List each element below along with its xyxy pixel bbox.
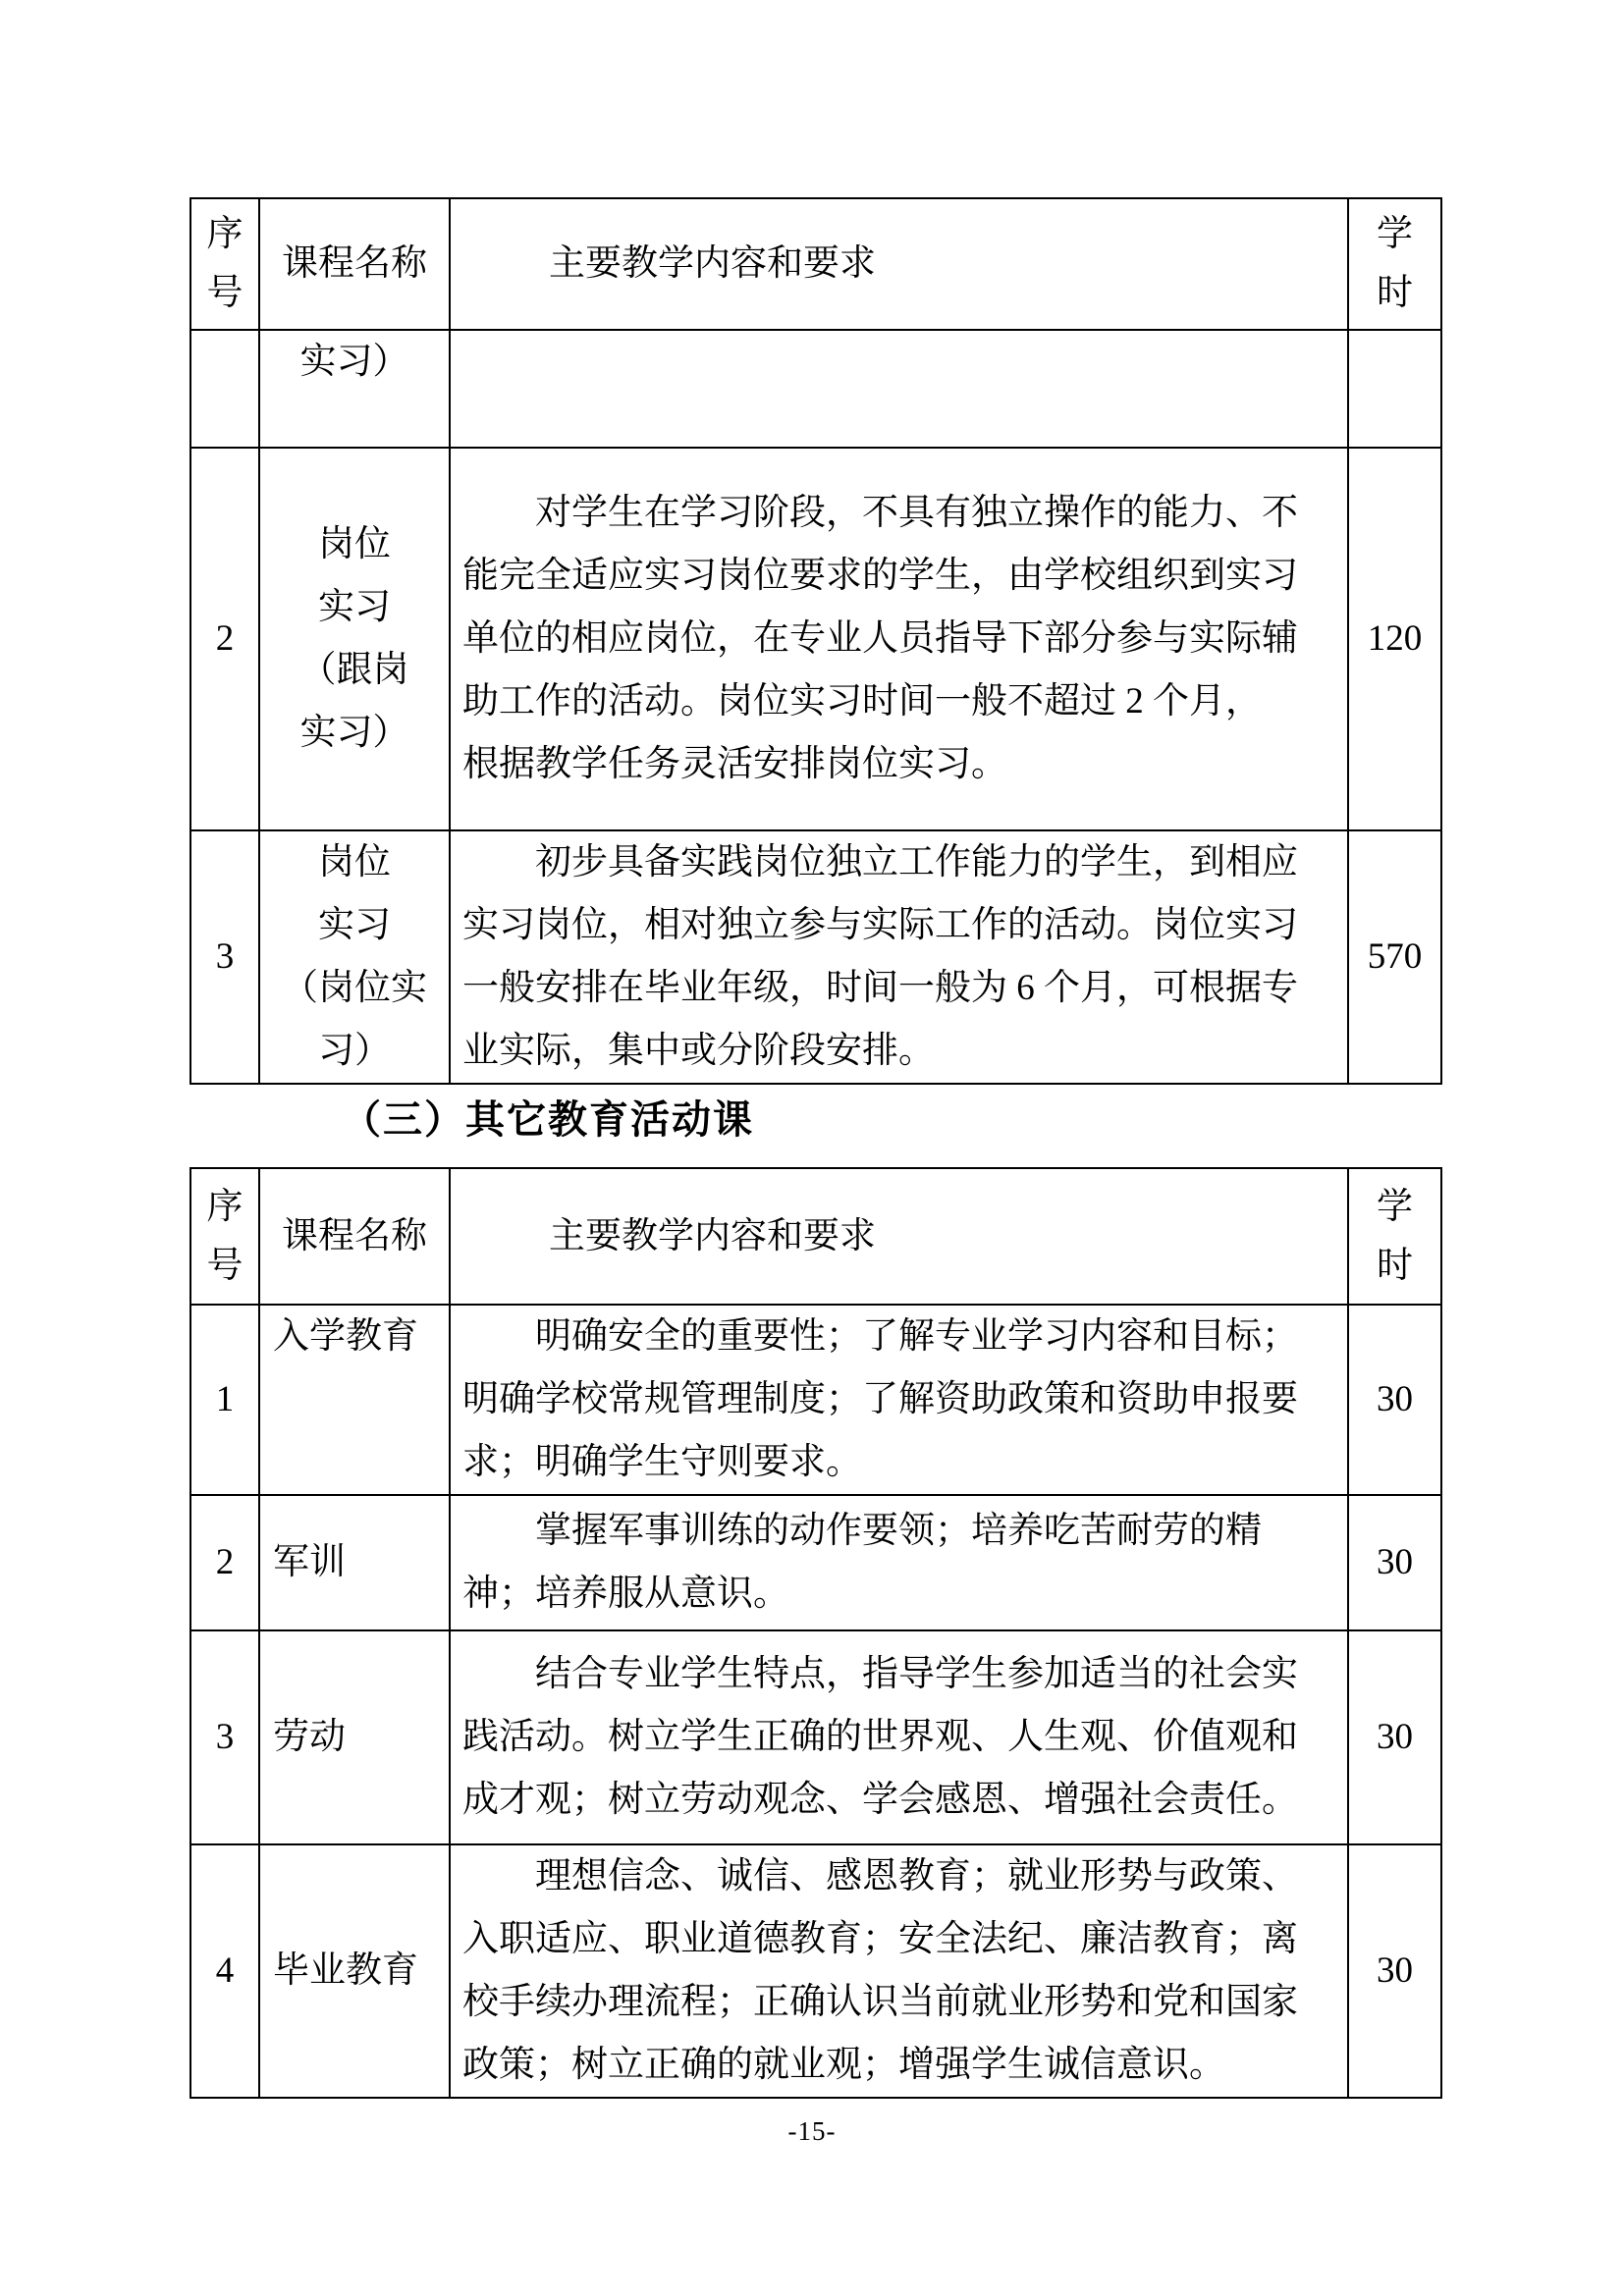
header-seq: 序 号	[190, 1168, 259, 1305]
table-header-row: 序 号 课程名称 主要教学内容和要求 学 时	[190, 1168, 1441, 1305]
header-hours: 学 时	[1348, 1168, 1441, 1305]
other-activity-course-table: 序 号 课程名称 主要教学内容和要求 学 时 1 入学教育 明确安全的重要性；了…	[189, 1167, 1442, 2099]
course-name-cell: 毕业教育	[259, 1844, 450, 2098]
document-page: 序 号 课程名称 主要教学内容和要求 学 时 实习） 2 岗位 实习 （跟岗 实…	[0, 0, 1624, 2296]
table-row: 3 劳动 结合专业学生特点，指导学生参加适当的社会实 践活动。树立学生正确的世界…	[190, 1630, 1441, 1844]
header-content: 主要教学内容和要求	[450, 1168, 1348, 1305]
table-row: 2 岗位 实习 （跟岗 实习） 对学生在学习阶段，不具有独立操作的能力、不 能完…	[190, 448, 1441, 830]
seq-cell: 3	[190, 1630, 259, 1844]
header-hours: 学 时	[1348, 198, 1441, 330]
hours-cell: 120	[1348, 448, 1441, 830]
hours-cell: 30	[1348, 1305, 1441, 1495]
internship-course-table: 序 号 课程名称 主要教学内容和要求 学 时 实习） 2 岗位 实习 （跟岗 实…	[189, 197, 1442, 1085]
seq-cell: 2	[190, 448, 259, 830]
course-name-cell: 岗位 实习 （岗位实 习）	[259, 830, 450, 1084]
hours-cell: 30	[1348, 1844, 1441, 2098]
content-cell: 初步具备实践岗位独立工作能力的学生，到相应 实习岗位，相对独立参与实际工作的活动…	[450, 830, 1348, 1084]
hours-cell: 30	[1348, 1630, 1441, 1844]
header-seq: 序 号	[190, 198, 259, 330]
table-row: 3 岗位 实习 （岗位实 习） 初步具备实践岗位独立工作能力的学生，到相应 实习…	[190, 830, 1441, 1084]
hours-cell: 570	[1348, 830, 1441, 1084]
content-cell: 结合专业学生特点，指导学生参加适当的社会实 践活动。树立学生正确的世界观、人生观…	[450, 1630, 1348, 1844]
table-header-row: 序 号 课程名称 主要教学内容和要求 学 时	[190, 198, 1441, 330]
header-course-name: 课程名称	[259, 1168, 450, 1305]
table-row: 4 毕业教育 理想信念、诚信、感恩教育；就业形势与政策、 入职适应、职业道德教育…	[190, 1844, 1441, 2098]
course-name-cell: 劳动	[259, 1630, 450, 1844]
course-name-cell: 入学教育	[259, 1305, 450, 1495]
header-content: 主要教学内容和要求	[450, 198, 1348, 330]
hours-cell: 30	[1348, 1495, 1441, 1630]
seq-cell: 4	[190, 1844, 259, 2098]
content-cell: 理想信念、诚信、感恩教育；就业形势与政策、 入职适应、职业道德教育；安全法纪、廉…	[450, 1844, 1348, 2098]
course-name-cell: 军训	[259, 1495, 450, 1630]
table-row: 实习）	[190, 330, 1441, 448]
table-row: 2 军训 掌握军事训练的动作要领；培养吃苦耐劳的精 神；培养服从意识。 30	[190, 1495, 1441, 1630]
seq-cell: 1	[190, 1305, 259, 1495]
content-cell: 明确安全的重要性；了解专业学习内容和目标； 明确学校常规管理制度；了解资助政策和…	[450, 1305, 1348, 1495]
course-name-cell: 实习）	[259, 330, 450, 448]
hours-cell	[1348, 330, 1441, 448]
section-heading: （三）其它教育活动课	[342, 1095, 754, 1145]
table-row: 1 入学教育 明确安全的重要性；了解专业学习内容和目标； 明确学校常规管理制度；…	[190, 1305, 1441, 1495]
course-name-cell: 岗位 实习 （跟岗 实习）	[259, 448, 450, 830]
seq-cell: 2	[190, 1495, 259, 1630]
content-cell	[450, 330, 1348, 448]
content-cell: 对学生在学习阶段，不具有独立操作的能力、不 能完全适应实习岗位要求的学生，由学校…	[450, 448, 1348, 830]
seq-cell: 3	[190, 830, 259, 1084]
header-course-name: 课程名称	[259, 198, 450, 330]
content-cell: 掌握军事训练的动作要领；培养吃苦耐劳的精 神；培养服从意识。	[450, 1495, 1348, 1630]
seq-cell	[190, 330, 259, 448]
page-number: -15-	[0, 2116, 1624, 2147]
